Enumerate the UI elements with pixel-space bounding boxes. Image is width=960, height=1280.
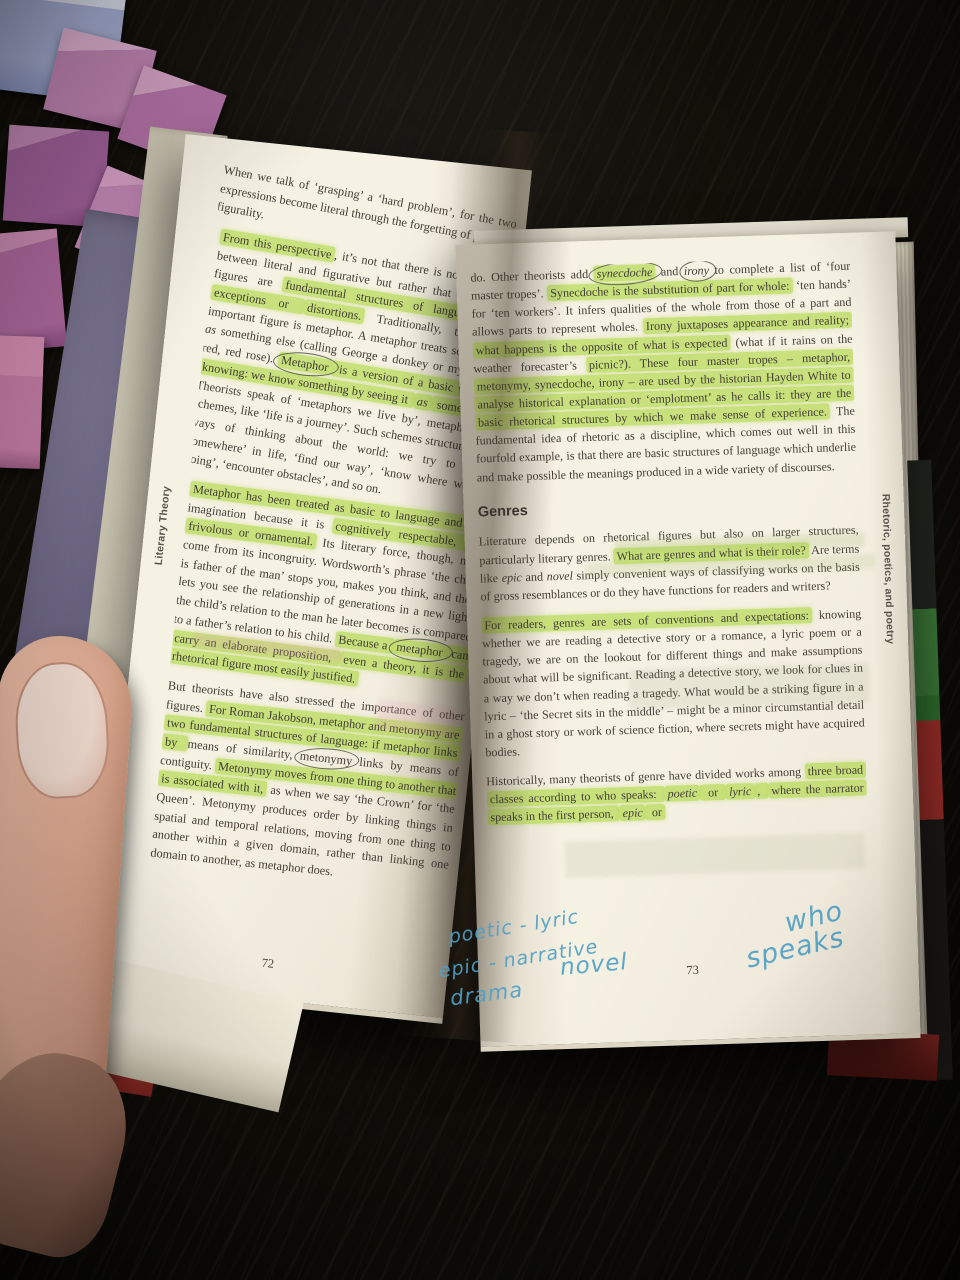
highlighted-text: , (754, 783, 768, 799)
highlighted-text: What are genres and what is their role? (613, 542, 809, 564)
pen-circled-word: metaphor (393, 638, 447, 660)
right-page-number: 73 (686, 963, 699, 978)
body-text: novel (546, 568, 573, 583)
body-text: epic (501, 570, 522, 585)
body-text: Its literary force, though, may come fro… (173, 535, 482, 646)
left-margin-label: Literary Theory (153, 485, 173, 565)
magenta-glass-tile (0, 228, 67, 353)
book-photo-scene: Literary Theory When we talk of ‘graspin… (0, 0, 960, 1280)
genres-heading: Genres (478, 490, 858, 524)
pen-circled-word: synecdoche (593, 264, 655, 282)
paragraph: do. Other theorists add synecdoche and i… (470, 257, 857, 487)
body-text: as when we say ‘the Crown’ for ‘the Quee… (150, 783, 456, 879)
highlighted-text: or (646, 804, 666, 821)
paragraph: Historically, many theorists of genre ha… (486, 761, 868, 827)
pen-circled-word: irony (684, 263, 710, 278)
right-page-text: do. Other theorists add synecdoche and i… (470, 257, 872, 973)
pink-glass-tile (0, 335, 44, 469)
body-text: and (522, 569, 547, 584)
thumbnail (13, 660, 112, 801)
highlighted-text: lyric (726, 783, 755, 800)
paragraph: For readers, genres are sets of conventi… (481, 605, 865, 762)
highlighted-text: or (700, 784, 726, 801)
paragraph: Literature depends on rhetorical figures… (478, 521, 860, 605)
left-page-number: 72 (261, 956, 275, 972)
highlighted-text: as (413, 393, 432, 412)
paragraph: Metaphor has been treated as basic to la… (168, 480, 487, 703)
highlighted-text: poetic (664, 785, 700, 802)
right-margin-label: Rhetoric, poetics, and poetry (879, 494, 896, 645)
body-text: do. Other theorists add (470, 267, 594, 285)
highlighted-text: epic (619, 805, 646, 822)
pen-circled-word: metonymy (299, 748, 353, 767)
paragraph: But theorists have also stressed the imp… (150, 676, 466, 893)
